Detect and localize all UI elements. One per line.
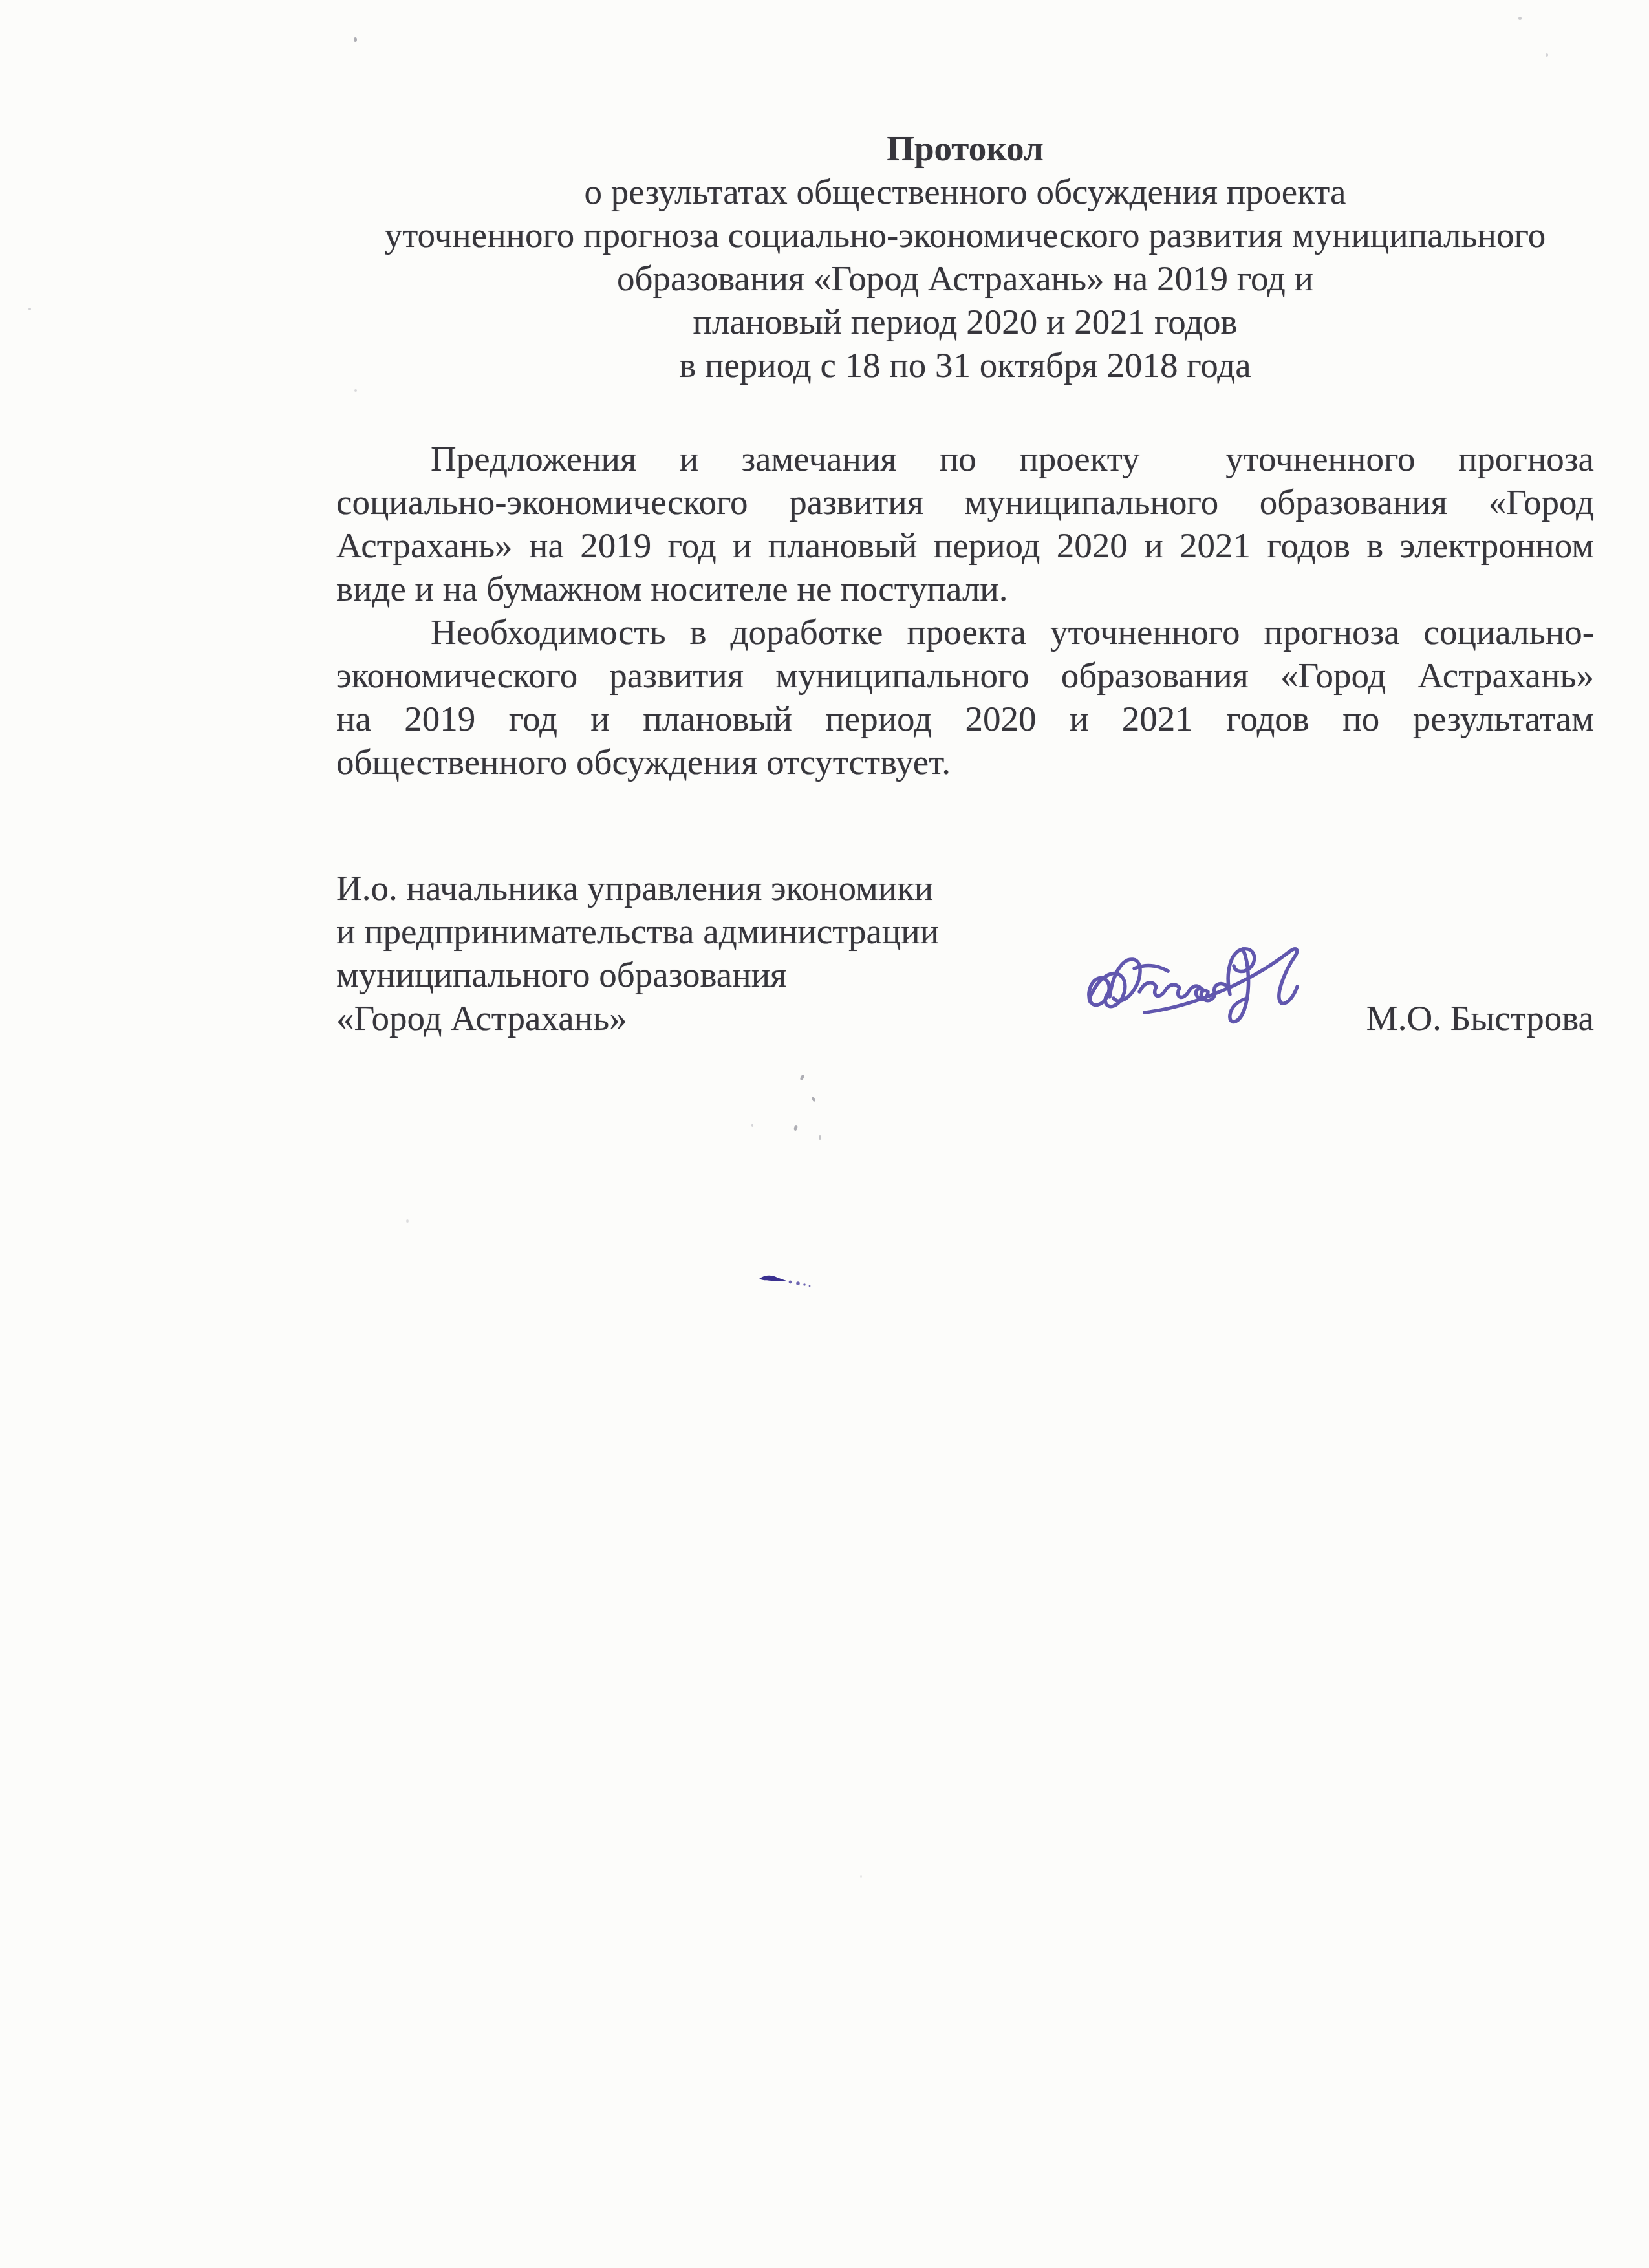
- paragraph-1: Предложения и замечания по проекту уточн…: [336, 437, 1594, 610]
- scan-speck: [860, 1875, 862, 1878]
- document-title-block: Протокол о результатах общественного обс…: [336, 0, 1594, 387]
- scan-speck: [1546, 53, 1548, 57]
- title-line-3: уточненного прогноза социально-экономиче…: [336, 213, 1594, 257]
- scan-speck: [28, 308, 31, 310]
- scan-speck: [799, 1074, 804, 1080]
- scanned-document-page: Протокол о результатах общественного обс…: [0, 0, 1649, 2268]
- scan-speck: [793, 1125, 798, 1131]
- scan-speck: [751, 1124, 753, 1127]
- ink-dash-artifact: [758, 1272, 816, 1293]
- paragraph-2-line: экономического развития муниципального о…: [336, 654, 1594, 697]
- title-line-4: образования «Город Астрахань» на 2019 го…: [336, 257, 1594, 300]
- title-line-protocol: Протокол: [336, 127, 1594, 170]
- scan-speck: [406, 1219, 409, 1223]
- scan-speck: [812, 1097, 815, 1102]
- title-line-6: в период с 18 по 31 октября 2018 года: [336, 343, 1594, 387]
- paragraph-1-line: Предложения и замечания по проекту уточн…: [336, 437, 1594, 480]
- signature-row: «Город Астрахань» М.О. Быстрова: [336, 996, 1594, 1040]
- document-body: Предложения и замечания по проекту уточн…: [336, 437, 1594, 784]
- signer-title-line: и предпринимательства администрации: [336, 910, 1594, 953]
- scan-speck: [354, 37, 357, 42]
- paragraph-2-line: Необходимость в доработке проекта уточне…: [336, 610, 1594, 654]
- paragraph-1-line: Астрахань» на 2019 год и плановый период…: [336, 524, 1594, 567]
- title-line-5: плановый период 2020 и 2021 годов: [336, 300, 1594, 343]
- signer-title-line: муниципального образования: [336, 953, 1594, 996]
- scan-speck: [1518, 17, 1522, 20]
- signature-block: И.о. начальника управления экономики и п…: [336, 866, 1594, 1040]
- text-column: Протокол о результатах общественного обс…: [336, 0, 1594, 1040]
- paragraph-2-line: общественного обсуждения отсутствует.: [336, 740, 1594, 784]
- paragraph-1-line: социально-экономического развития муници…: [336, 480, 1594, 524]
- paragraph-1-line: виде и на бумажном носителе не поступали…: [336, 567, 1594, 610]
- title-line-2: о результатах общественного обсуждения п…: [336, 170, 1594, 213]
- signer-title-line: И.о. начальника управления экономики: [336, 866, 1594, 910]
- scan-speck: [819, 1135, 821, 1140]
- paragraph-2-line: на 2019 год и плановый период 2020 и 202…: [336, 697, 1594, 740]
- handwritten-signature: [1067, 930, 1326, 1059]
- scan-speck: [354, 389, 357, 392]
- signer-name: М.О. Быстрова: [1366, 996, 1594, 1040]
- paragraph-2: Необходимость в доработке проекта уточне…: [336, 610, 1594, 784]
- signer-title-line: «Город Астрахань»: [336, 996, 627, 1040]
